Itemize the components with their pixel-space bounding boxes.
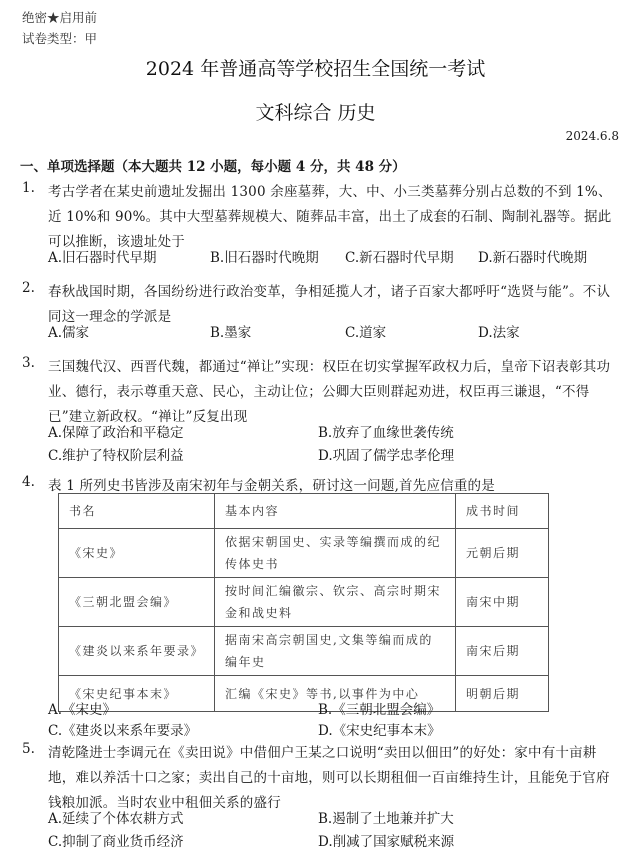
option-a[interactable]: A.延续了个体农耕方式 [48,807,184,827]
table-row: 《三朝北盟会编》 按时间汇编徽宗、钦宗、高宗时期宋金和战史料 南宋中期 [59,578,549,627]
paper-type-label: 试卷类型：甲 [22,29,97,47]
option-d[interactable]: D.法家 [478,321,520,341]
question-text: 春秋战国时期，各国纷纷进行政治变革，争相延揽人才，诸子百家大都呼吁“选贤与能”。… [48,280,618,330]
question-number: 1. [22,180,35,196]
option-d[interactable]: D.削减了国家赋税来源 [318,830,454,850]
table-header-cell: 基本内容 [215,494,456,529]
table-cell: 《建炎以来系年要录》 [59,627,215,676]
table-cell: 元朝后期 [456,529,549,578]
option-c[interactable]: C.道家 [345,321,386,341]
table-cell: 据南宋高宗朝国史,文集等编而成的编年史 [215,627,456,676]
option-a[interactable]: A.《宋史》 [48,698,116,718]
table-cell: 明朝后期 [456,676,549,712]
option-c[interactable]: C.维护了特权阶层利益 [48,444,184,464]
option-d[interactable]: D.新石器时代晚期 [478,246,587,266]
exam-date: 2024.6.8 [566,129,619,143]
option-b[interactable]: B.《三朝北盟会编》 [318,698,440,718]
option-a[interactable]: A.旧石器时代早期 [48,246,157,266]
question-number: 5. [22,741,35,757]
option-c[interactable]: C.抑制了商业货币经济 [48,830,184,850]
question-number: 3. [22,355,35,371]
table-cell: 南宋后期 [456,627,549,676]
option-b[interactable]: B.旧石器时代晚期 [210,246,319,266]
option-c[interactable]: C.新石器时代早期 [345,246,454,266]
option-d[interactable]: D.《宋史纪事本末》 [318,719,441,739]
table-cell: 《三朝北盟会编》 [59,578,215,627]
table-header-cell: 成书时间 [456,494,549,529]
table-row: 《建炎以来系年要录》 据南宋高宗朝国史,文集等编而成的编年史 南宋后期 [59,627,549,676]
question-text: 三国魏代汉、西晋代魏，都通过“禅让”实现：权臣在切实掌握军政权力后，皇帝下诏表彰… [48,355,618,430]
option-b[interactable]: B.放弃了血缘世袭传统 [318,421,454,441]
table-header-row: 书名 基本内容 成书时间 [59,494,549,529]
question-text: 清乾隆进士李调元在《卖田说》中借佃户王某之口说明“卖田以佃田”的好处：家中有十亩… [48,741,618,816]
exam-subtitle: 文科综合 历史 [0,98,631,125]
option-b[interactable]: B.遏制了土地兼并扩大 [318,807,454,827]
table-row: 《宋史》 依据宋朝国史、实录等编撰而成的纪传体史书 元朝后期 [59,529,549,578]
question-number: 2. [22,280,35,296]
confidential-label: 绝密★启用前 [22,8,97,26]
table-cell: 《宋史》 [59,529,215,578]
question-text: 考古学者在某史前遗址发掘出 1300 余座墓葬，大、中、小三类墓葬分别占总数的不… [48,180,618,255]
question-number: 4. [22,474,35,490]
option-a[interactable]: A.儒家 [48,321,89,341]
table-cell: 依据宋朝国史、实录等编撰而成的纪传体史书 [215,529,456,578]
option-b[interactable]: B.墨家 [210,321,251,341]
option-d[interactable]: D.巩固了儒学忠孝伦理 [318,444,454,464]
option-c[interactable]: C.《建炎以来系年要录》 [48,719,197,739]
table-cell: 按时间汇编徽宗、钦宗、高宗时期宋金和战史料 [215,578,456,627]
table-row: 《宋史纪事本末》 汇编《宋史》等书,以事件为中心 明朝后期 [59,676,549,712]
table-header-cell: 书名 [59,494,215,529]
section-title: 一、单项选择题（本大题共 12 小题，每小题 4 分，共 48 分） [20,155,406,175]
history-books-table: 书名 基本内容 成书时间 《宋史》 依据宋朝国史、实录等编撰而成的纪传体史书 元… [58,493,549,712]
option-a[interactable]: A.保障了政治和平稳定 [48,421,184,441]
exam-title: 2024 年普通高等学校招生全国统一考试 [0,54,631,81]
table-cell: 南宋中期 [456,578,549,627]
